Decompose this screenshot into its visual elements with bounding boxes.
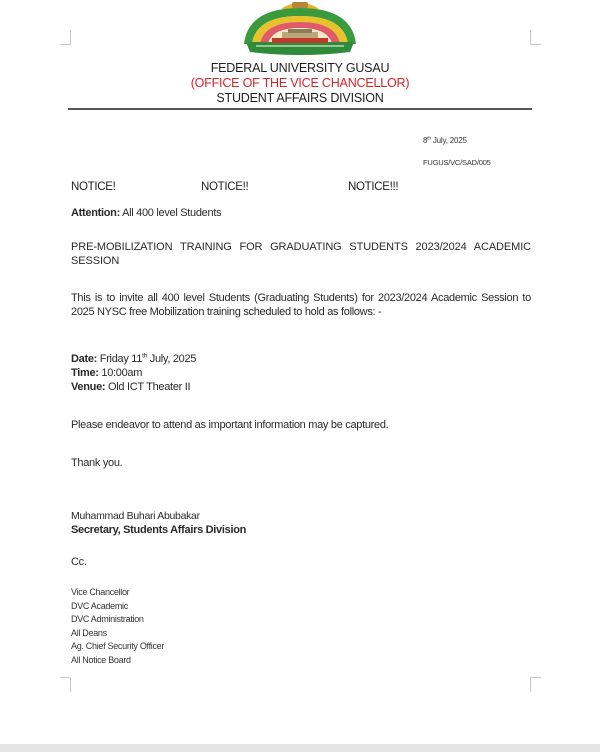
cc-recipient: All Deans: [71, 627, 164, 641]
attention-label: Attention:: [71, 207, 120, 219]
notice-heading-3: NOTICE!!!: [348, 181, 398, 193]
crop-mark-top-left: [60, 30, 71, 45]
date-rest: July, 2025: [431, 136, 467, 145]
signatory-title-text: Secretary, Students Affairs Division: [71, 524, 246, 536]
invitation-paragraph: This is to invite all 400 level Students…: [71, 291, 531, 319]
document-page: FEDERAL UNIVERSITY GUSAU (OFFICE OF THE …: [0, 0, 600, 744]
thank-you-line: Thank you.: [71, 457, 531, 471]
notice-heading-1: NOTICE!: [71, 181, 116, 193]
event-venue: Venue: Old ICT Theater II: [71, 380, 531, 394]
event-date: Date: Friday 11th July, 2025: [71, 352, 531, 366]
letterhead: FEDERAL UNIVERSITY GUSAU (OFFICE OF THE …: [0, 61, 600, 106]
notice-title: PRE-MOBILIZATION TRAINING FOR GRADUATING…: [71, 240, 531, 268]
cc-recipient: All Notice Board: [71, 654, 164, 668]
cc-recipient: DVC Academic: [71, 600, 164, 614]
institution-name: FEDERAL UNIVERSITY GUSAU: [0, 61, 600, 76]
letter-date: 8th July, 2025: [423, 136, 467, 145]
office-name: (OFFICE OF THE VICE CHANCELLOR): [0, 76, 600, 91]
header-divider: [68, 108, 532, 110]
cc-label: Cc.: [71, 556, 531, 570]
crop-mark-top-right: [530, 30, 541, 45]
venue-label: Venue:: [71, 381, 105, 393]
signatory-title: Secretary, Students Affairs Division: [71, 524, 531, 538]
notice-heading-2: NOTICE!!: [201, 181, 248, 193]
crop-mark-bottom-left: [60, 677, 71, 692]
time-label: Time:: [71, 367, 99, 379]
event-time: Time: 10:00am: [71, 366, 531, 380]
attention-value: All 400 level Students: [120, 207, 221, 219]
cc-recipients: Vice Chancellor DVC Academic DVC Adminis…: [71, 586, 164, 667]
date-value: Friday 11: [97, 353, 142, 365]
time-value: 10:00am: [99, 367, 142, 379]
date-label: Date:: [71, 353, 97, 365]
venue-value: Old ICT Theater II: [105, 381, 190, 393]
reference-number: FUGUS/VC/SAD/005: [423, 158, 491, 167]
crop-mark-bottom-right: [530, 677, 541, 692]
university-crest-icon: [238, 0, 362, 56]
attention-line: Attention: All 400 level Students: [71, 207, 531, 221]
division-name: STUDENT AFFAIRS DIVISION: [0, 91, 600, 106]
viewer-bottom-edge: [0, 744, 600, 752]
date-value-rest: July, 2025: [147, 353, 196, 365]
signatory-name: Muhammad Buhari Abubakar: [71, 510, 531, 524]
cc-recipient: Vice Chancellor: [71, 586, 164, 600]
cc-recipient: DVC Administration: [71, 613, 164, 627]
event-details: Date: Friday 11th July, 2025 Time: 10:00…: [71, 352, 531, 394]
cc-recipient: Ag. Chief Security Officer: [71, 640, 164, 654]
endeavor-line: Please endeavor to attend as important i…: [71, 419, 531, 433]
